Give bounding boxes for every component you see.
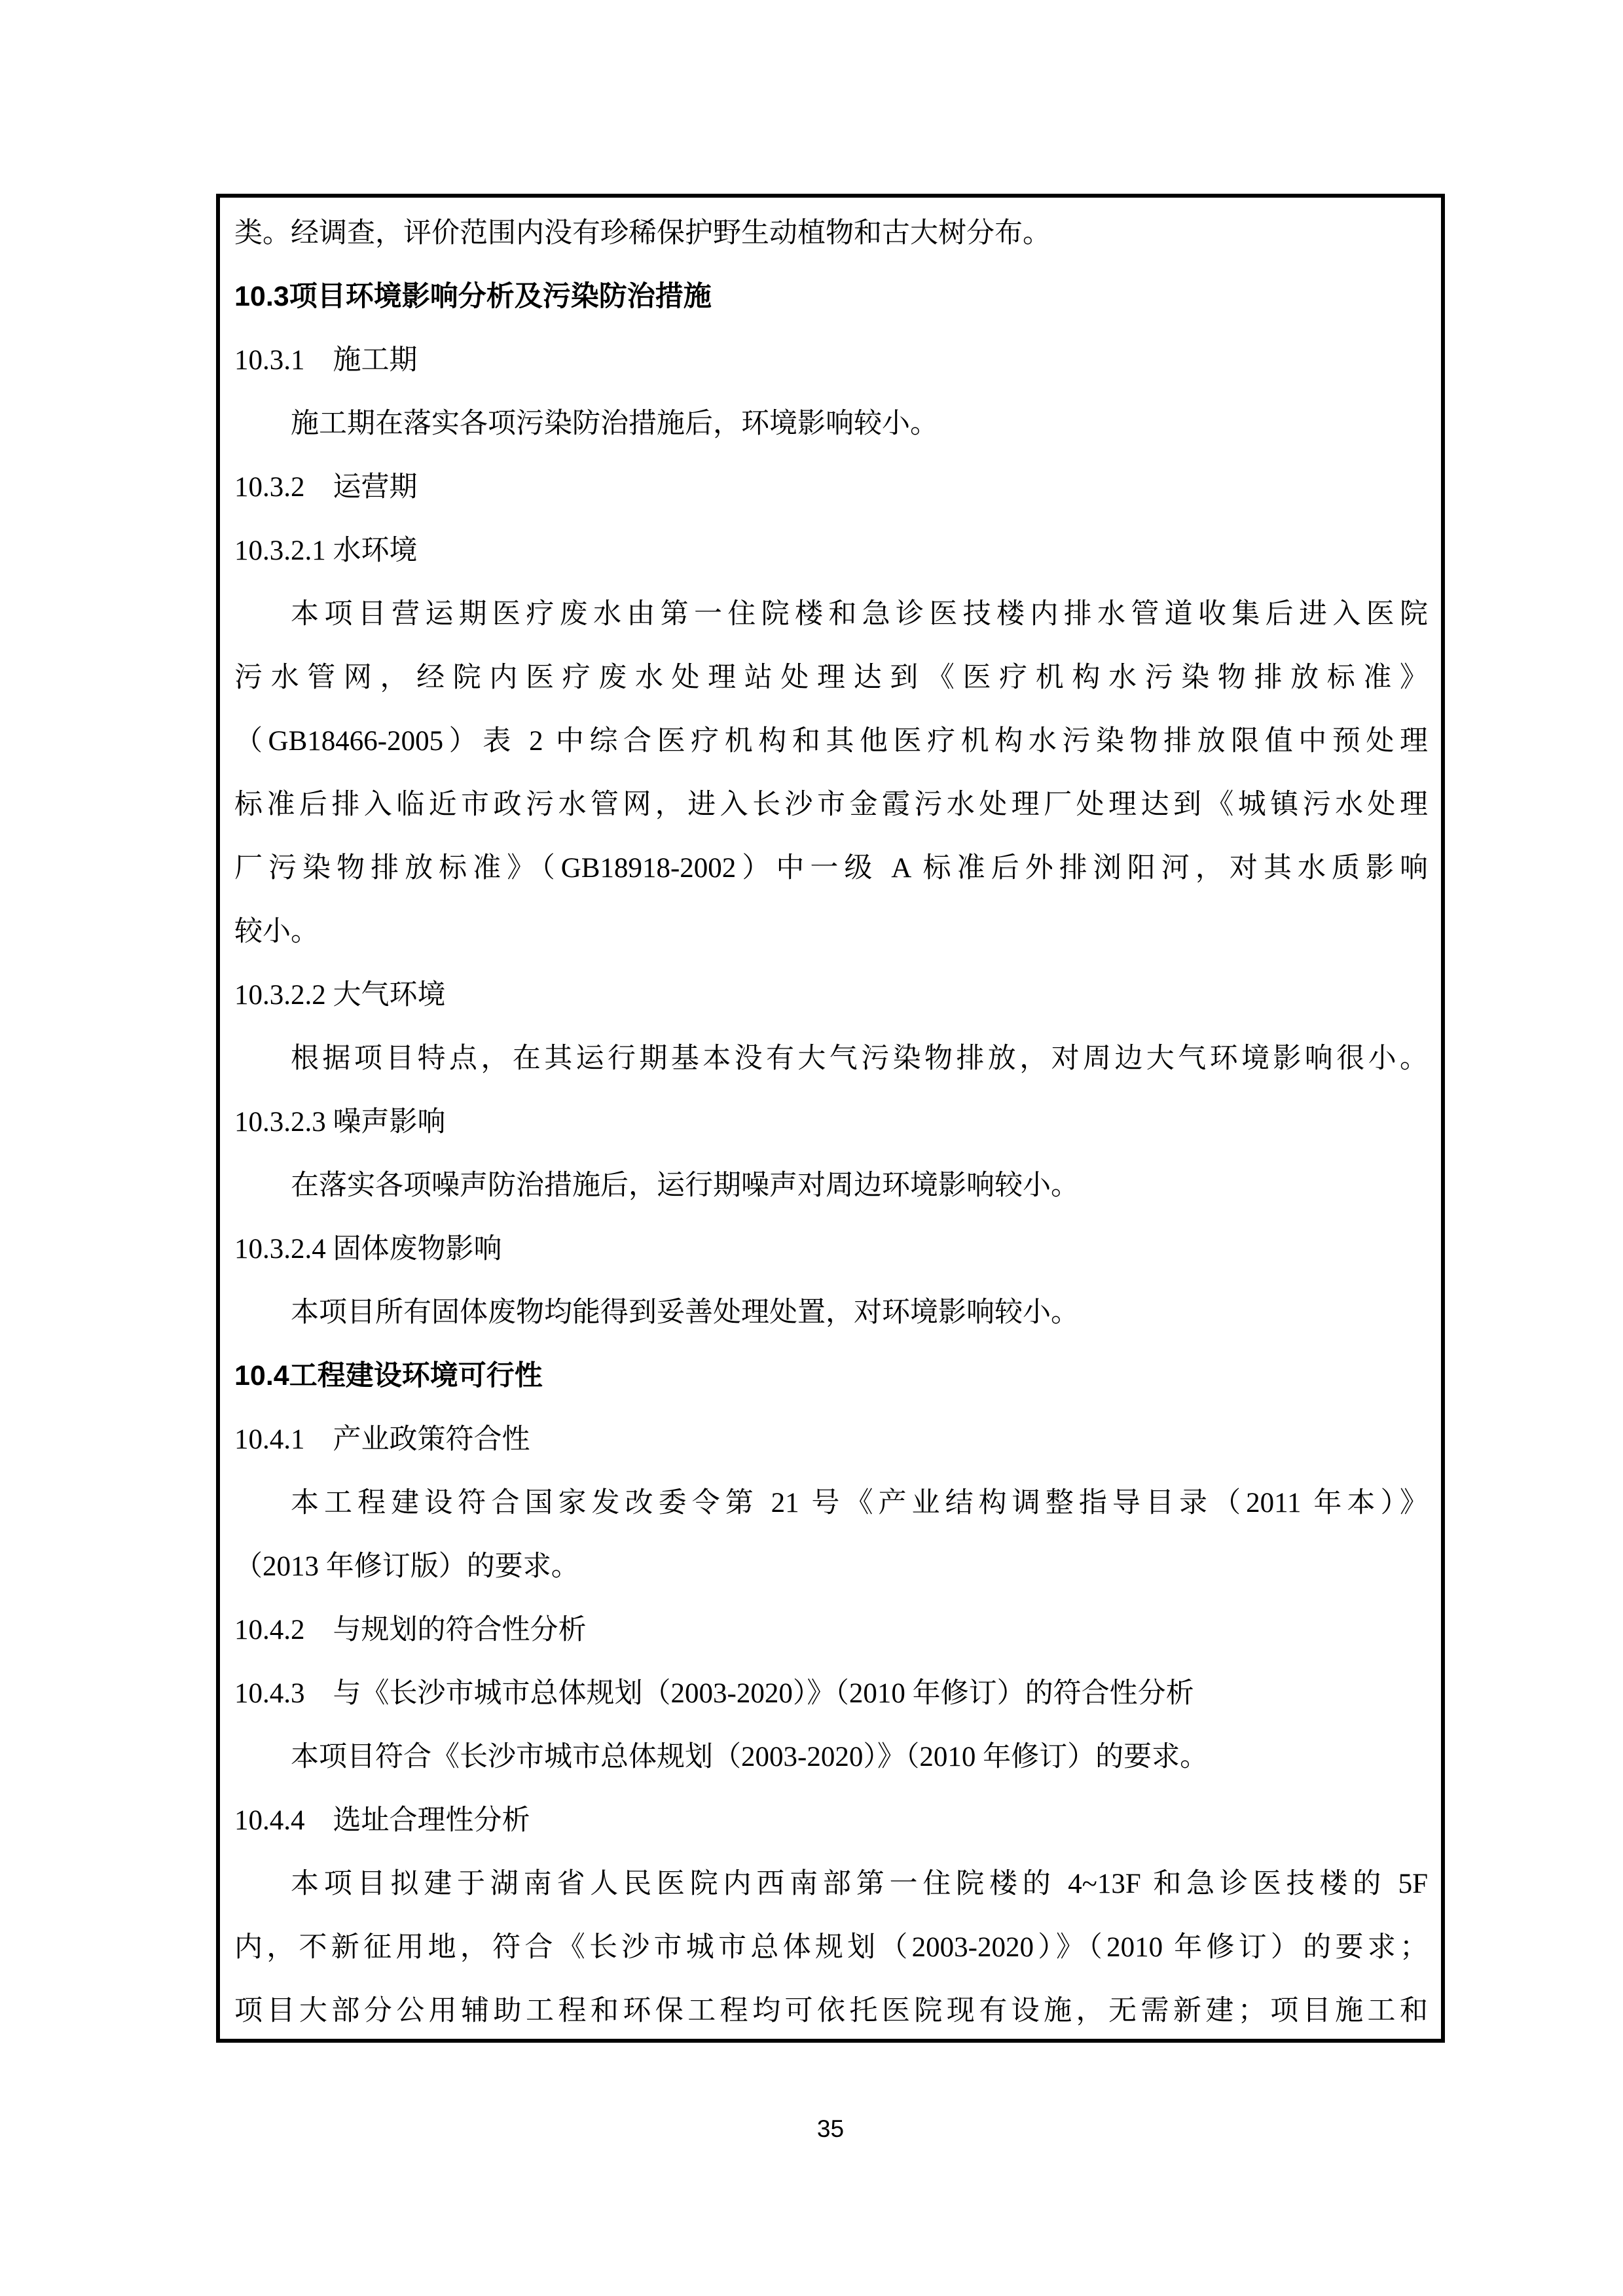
section-heading: 10.3.2.3 噪声影响 xyxy=(234,1090,1428,1154)
text-line: 在落实各项噪声防治措施后，运行期噪声对周边环境影响较小。 xyxy=(234,1154,1428,1217)
document-page: 类。经调查，评价范围内没有珍稀保护野生动植物和古大树分布。10.3项目环境影响分… xyxy=(0,0,1623,2296)
text-line: 根据项目特点，在其运行期基本没有大气污染物排放，对周边大气环境影响很小。 xyxy=(234,1027,1428,1090)
text-line: 本工程建设符合国家发改委令第 21 号《产业结构调整指导目录（2011 年本）》 xyxy=(234,1471,1428,1535)
text-line: 本项目所有固体废物均能得到妥善处理处置，对环境影响较小。 xyxy=(234,1281,1428,1344)
section-heading: 10.4.4 选址合理性分析 xyxy=(234,1789,1428,1852)
chapter-heading: 10.3项目环境影响分析及污染防治措施 xyxy=(234,265,1428,329)
text-line: 类。经调查，评价范围内没有珍稀保护野生动植物和古大树分布。 xyxy=(234,202,1428,265)
section-heading: 10.3.2.4 固体废物影响 xyxy=(234,1217,1428,1281)
text-line: （GB18466-2005）表 2 中综合医疗机构和其他医疗机构水污染物排放限值… xyxy=(234,709,1428,773)
section-heading: 10.4.1 产业政策符合性 xyxy=(234,1408,1428,1471)
text-line: 内，不新征用地，符合《长沙市城市总体规划（2003-2020）》（2010 年修… xyxy=(234,1916,1428,1979)
text-line: 项目大部分公用辅助工程和环保工程均可依托医院现有设施，无需新建；项目施工和 xyxy=(234,1979,1428,2043)
section-heading: 10.3.1 施工期 xyxy=(234,329,1428,392)
page-number: 35 xyxy=(216,2115,1445,2143)
text-line: （2013 年修订版）的要求。 xyxy=(234,1535,1428,1598)
section-heading: 10.3.2.2 大气环境 xyxy=(234,963,1428,1027)
section-heading: 10.3.2 运营期 xyxy=(234,456,1428,519)
text-line: 本项目营运期医疗废水由第一住院楼和急诊医技楼内排水管道收集后进入医院 xyxy=(234,583,1428,646)
text-line: 较小。 xyxy=(234,900,1428,963)
section-heading: 10.3.2.1 水环境 xyxy=(234,519,1428,583)
text-line: 本项目拟建于湖南省人民医院内西南部第一住院楼的 4~13F 和急诊医技楼的 5F xyxy=(234,1852,1428,1916)
text-line: 施工期在落实各项污染防治措施后，环境影响较小。 xyxy=(234,392,1428,456)
section-heading: 10.4.3 与《长沙市城市总体规划（2003-2020）》（2010 年修订）… xyxy=(234,1662,1428,1725)
text-line: 厂污染物排放标准》（GB18918-2002）中一级 A 标准后外排浏阳河，对其… xyxy=(234,836,1428,900)
text-line: 标准后排入临近市政污水管网，进入长沙市金霞污水处理厂处理达到《城镇污水处理 xyxy=(234,773,1428,836)
text-line: 本项目符合《长沙市城市总体规划（2003-2020）》（2010 年修订）的要求… xyxy=(234,1725,1428,1789)
text-line: 污水管网，经院内医疗废水处理站处理达到《医疗机构水污染物排放标准》 xyxy=(234,646,1428,709)
content-border-box: 类。经调查，评价范围内没有珍稀保护野生动植物和古大树分布。10.3项目环境影响分… xyxy=(216,194,1445,2043)
chapter-heading: 10.4工程建设环境可行性 xyxy=(234,1344,1428,1408)
section-heading: 10.4.2 与规划的符合性分析 xyxy=(234,1598,1428,1662)
